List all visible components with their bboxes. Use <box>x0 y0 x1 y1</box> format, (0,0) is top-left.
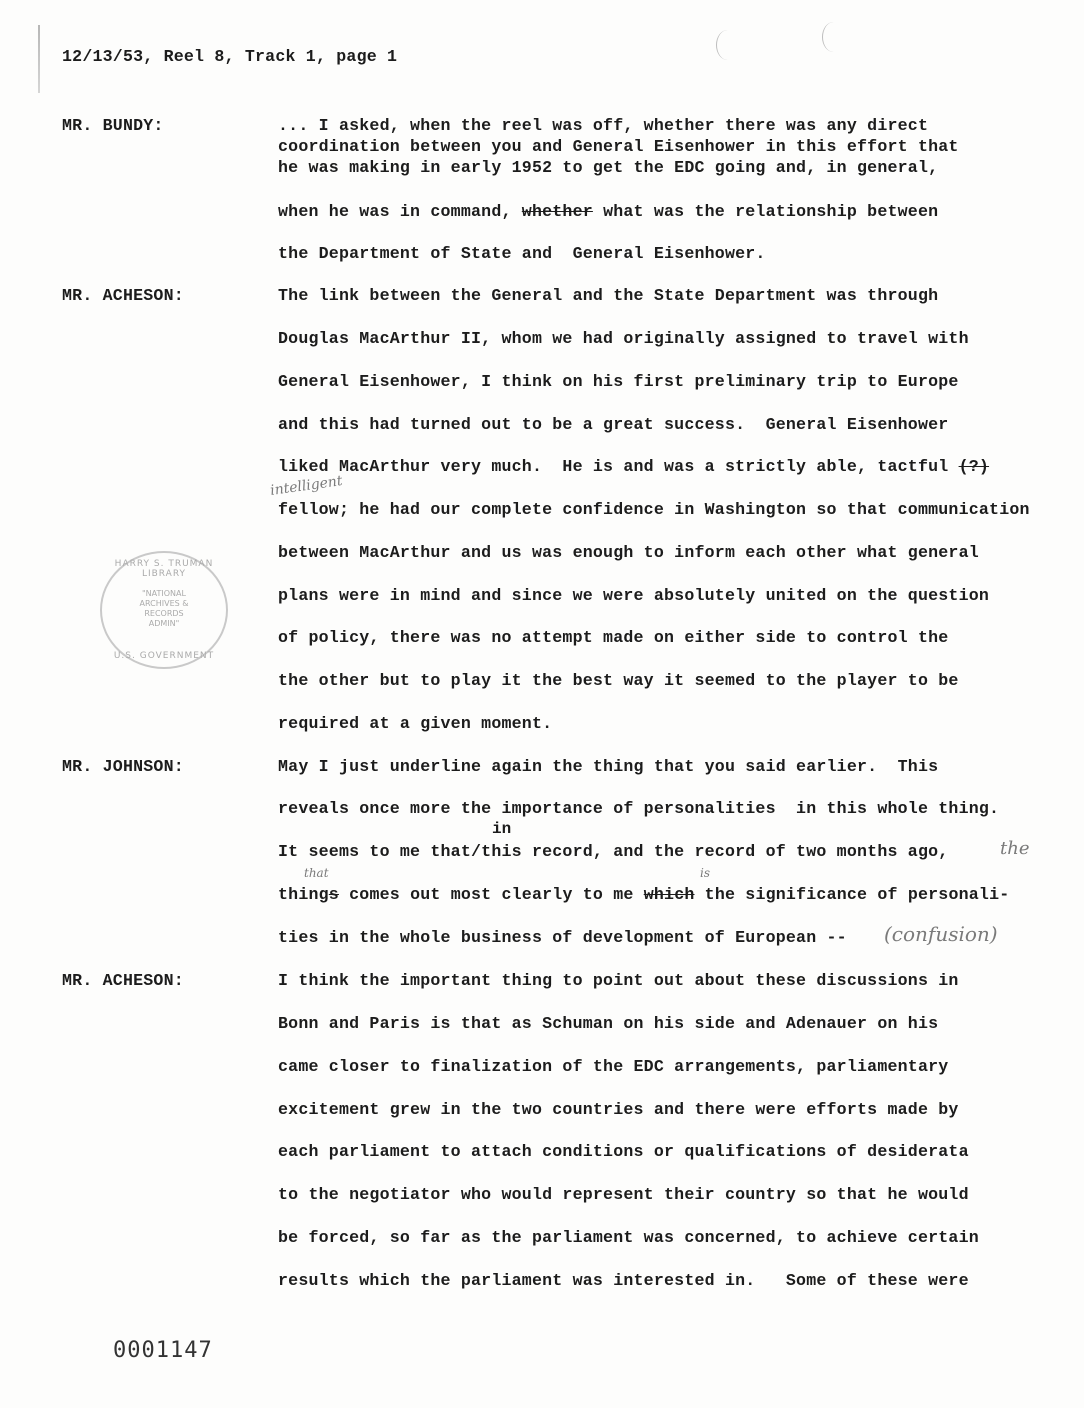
margin-mark <box>38 25 40 93</box>
handwritten-annotation: is <box>700 866 710 880</box>
transcript-line: ties in the whole business of developmen… <box>278 928 847 947</box>
transcript-line: excitement grew in the two countries and… <box>278 1100 959 1119</box>
punch-hole-mark <box>822 22 845 52</box>
speaker-label: MR. JOHNSON: <box>62 757 184 776</box>
transcript-line: plans were in mind and since we were abs… <box>278 586 989 605</box>
handwritten-annotation: that <box>304 866 329 880</box>
line-segment: when he was in command, <box>278 202 522 221</box>
stamp-ring-bottom: U.S. GOVERNMENT <box>102 651 226 661</box>
transcript-line: things comes out most clearly to me whic… <box>278 885 1009 904</box>
transcript-line: to the negotiator who would represent th… <box>278 1185 969 1204</box>
stamp-line: RECORDS <box>102 609 226 619</box>
transcript-line: ... I asked, when the reel was off, whet… <box>278 116 928 135</box>
transcript-line: the other but to play it the best way it… <box>278 671 959 690</box>
transcript-line: coordination between you and General Eis… <box>278 137 959 156</box>
struck-text: whether <box>522 202 593 221</box>
line-segment: liked MacArthur very much. He is and was… <box>278 457 959 476</box>
transcript-line: May I just underline again the thing tha… <box>278 757 938 776</box>
struck-text: (?) <box>959 457 989 476</box>
stamp-inner-text: "NATIONAL ARCHIVES & RECORDS ADMIN" <box>102 589 226 629</box>
transcript-line: and this had turned out to be a great su… <box>278 415 948 434</box>
transcript-line: I think the important thing to point out… <box>278 971 959 990</box>
transcript-line: between MacArthur and us was enough to i… <box>278 543 979 562</box>
transcript-line: reveals once more the importance of pers… <box>278 799 999 818</box>
transcript-line: of policy, there was no attempt made on … <box>278 628 948 647</box>
stamp-line: ARCHIVES & <box>102 599 226 609</box>
speaker-label: MR. ACHESON: <box>62 971 184 990</box>
stamp-ring-top: HARRY S. TRUMAN LIBRARY <box>102 559 226 579</box>
transcript-line: he was making in early 1952 to get the E… <box>278 158 938 177</box>
line-segment: what was the relationship between <box>593 202 938 221</box>
transcript-line: It seems to me that/this record, and the… <box>278 842 959 861</box>
document-header: 12/13/53, Reel 8, Track 1, page 1 <box>62 47 397 66</box>
transcript-line: fellow; he had our complete confidence i… <box>278 500 1030 519</box>
stamp-line: "NATIONAL <box>102 589 226 599</box>
transcript-line: came closer to finalization of the EDC a… <box>278 1057 948 1076</box>
line-segment: the significance of personali- <box>695 885 1010 904</box>
transcript-line: each parliament to attach conditions or … <box>278 1142 969 1161</box>
document-page: 12/13/53, Reel 8, Track 1, page 1 MR. BU… <box>0 0 1084 1408</box>
transcript-line: be forced, so far as the parliament was … <box>278 1228 979 1247</box>
punch-hole-mark <box>716 30 739 60</box>
transcript-line: Douglas MacArthur II, whom we had origin… <box>278 329 969 348</box>
transcript-line: the Department of State and General Eise… <box>278 244 766 263</box>
line-segment: comes out most clearly to me <box>339 885 644 904</box>
speaker-label: MR. BUNDY: <box>62 116 164 135</box>
transcript-line: required at a given moment. <box>278 714 552 733</box>
document-number: 0001147 <box>113 1338 213 1363</box>
transcript-line: when he was in command, whether what was… <box>278 202 938 221</box>
typed-insertion: in <box>492 820 511 838</box>
library-stamp: HARRY S. TRUMAN LIBRARY "NATIONAL ARCHIV… <box>100 551 228 669</box>
line-segment: thing <box>278 885 329 904</box>
handwritten-annotation: (confusion) <box>884 922 998 946</box>
speaker-label: MR. ACHESON: <box>62 286 184 305</box>
transcript-line: The link between the General and the Sta… <box>278 286 938 305</box>
struck-text: which <box>644 885 695 904</box>
handwritten-annotation: intelligent <box>269 473 343 499</box>
transcript-line: Bonn and Paris is that as Schuman on his… <box>278 1014 938 1033</box>
transcript-line: General Eisenhower, I think on his first… <box>278 372 959 391</box>
transcript-line: results which the parliament was interes… <box>278 1271 969 1290</box>
struck-text: s <box>329 885 339 904</box>
transcript-line: liked MacArthur very much. He is and was… <box>278 457 989 476</box>
handwritten-annotation: the <box>1000 838 1029 859</box>
stamp-line: ADMIN" <box>102 619 226 629</box>
